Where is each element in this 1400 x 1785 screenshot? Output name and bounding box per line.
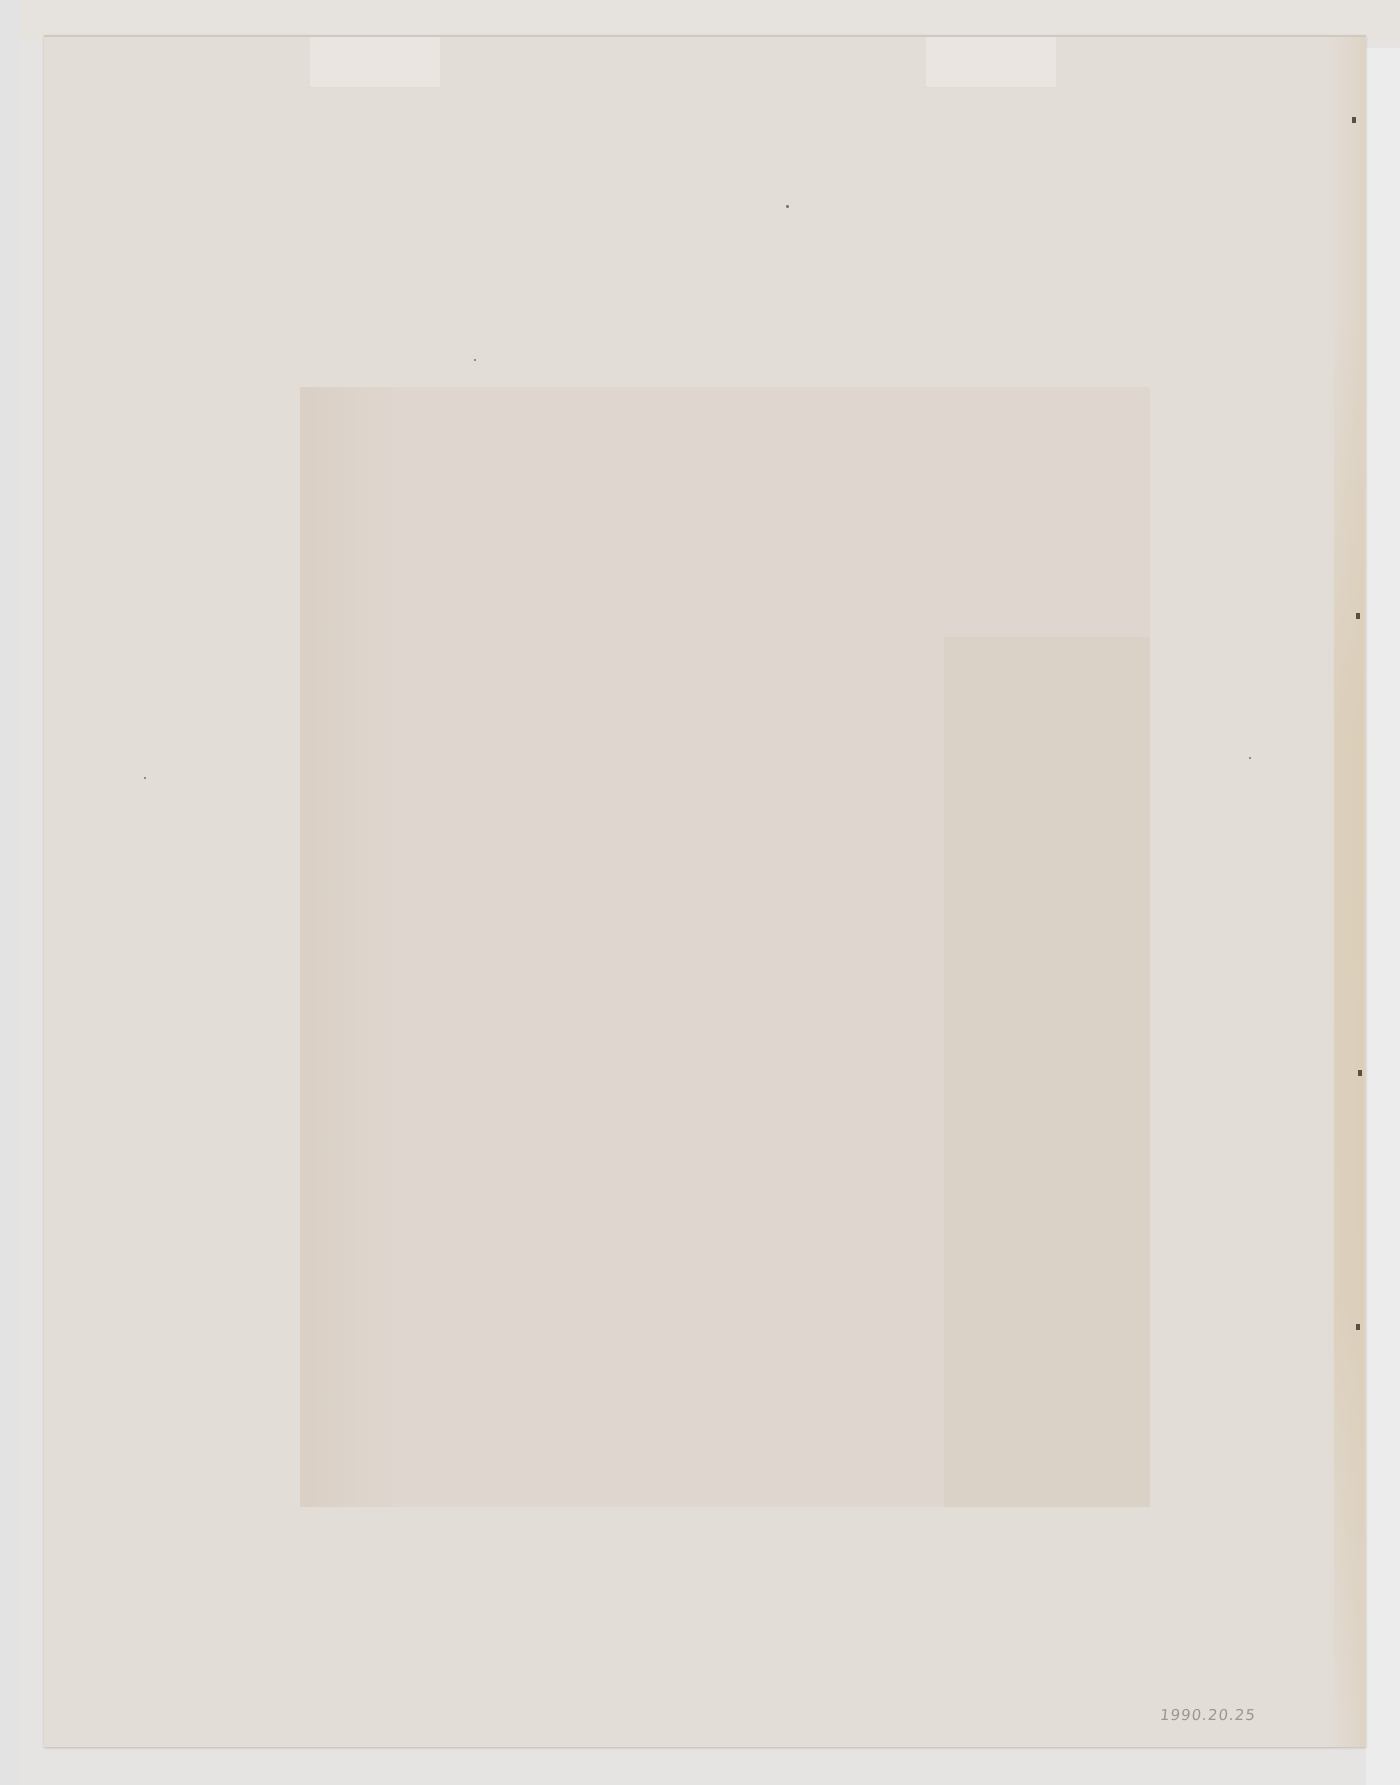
edge-notch <box>1352 117 1356 123</box>
plate-impression-shadow-right <box>944 637 1150 1507</box>
backdrop-top <box>0 0 1400 40</box>
speck <box>786 205 789 208</box>
hinge-tape-right <box>926 37 1056 88</box>
backdrop-right <box>1366 48 1400 1785</box>
plate-impression-shadow-left <box>300 387 400 1507</box>
accession-number: 1990.20.25 <box>1159 1706 1257 1724</box>
edge-stain <box>1334 317 1364 1717</box>
edge-notch <box>1356 1324 1360 1330</box>
speck <box>144 777 146 779</box>
edge-notch <box>1356 613 1360 619</box>
edge-notch <box>1358 1070 1362 1076</box>
backdrop-left <box>0 0 20 1785</box>
speck <box>474 359 476 361</box>
speck <box>1249 757 1251 759</box>
paper-sheet <box>44 35 1366 1747</box>
hinge-tape-left <box>310 37 440 88</box>
